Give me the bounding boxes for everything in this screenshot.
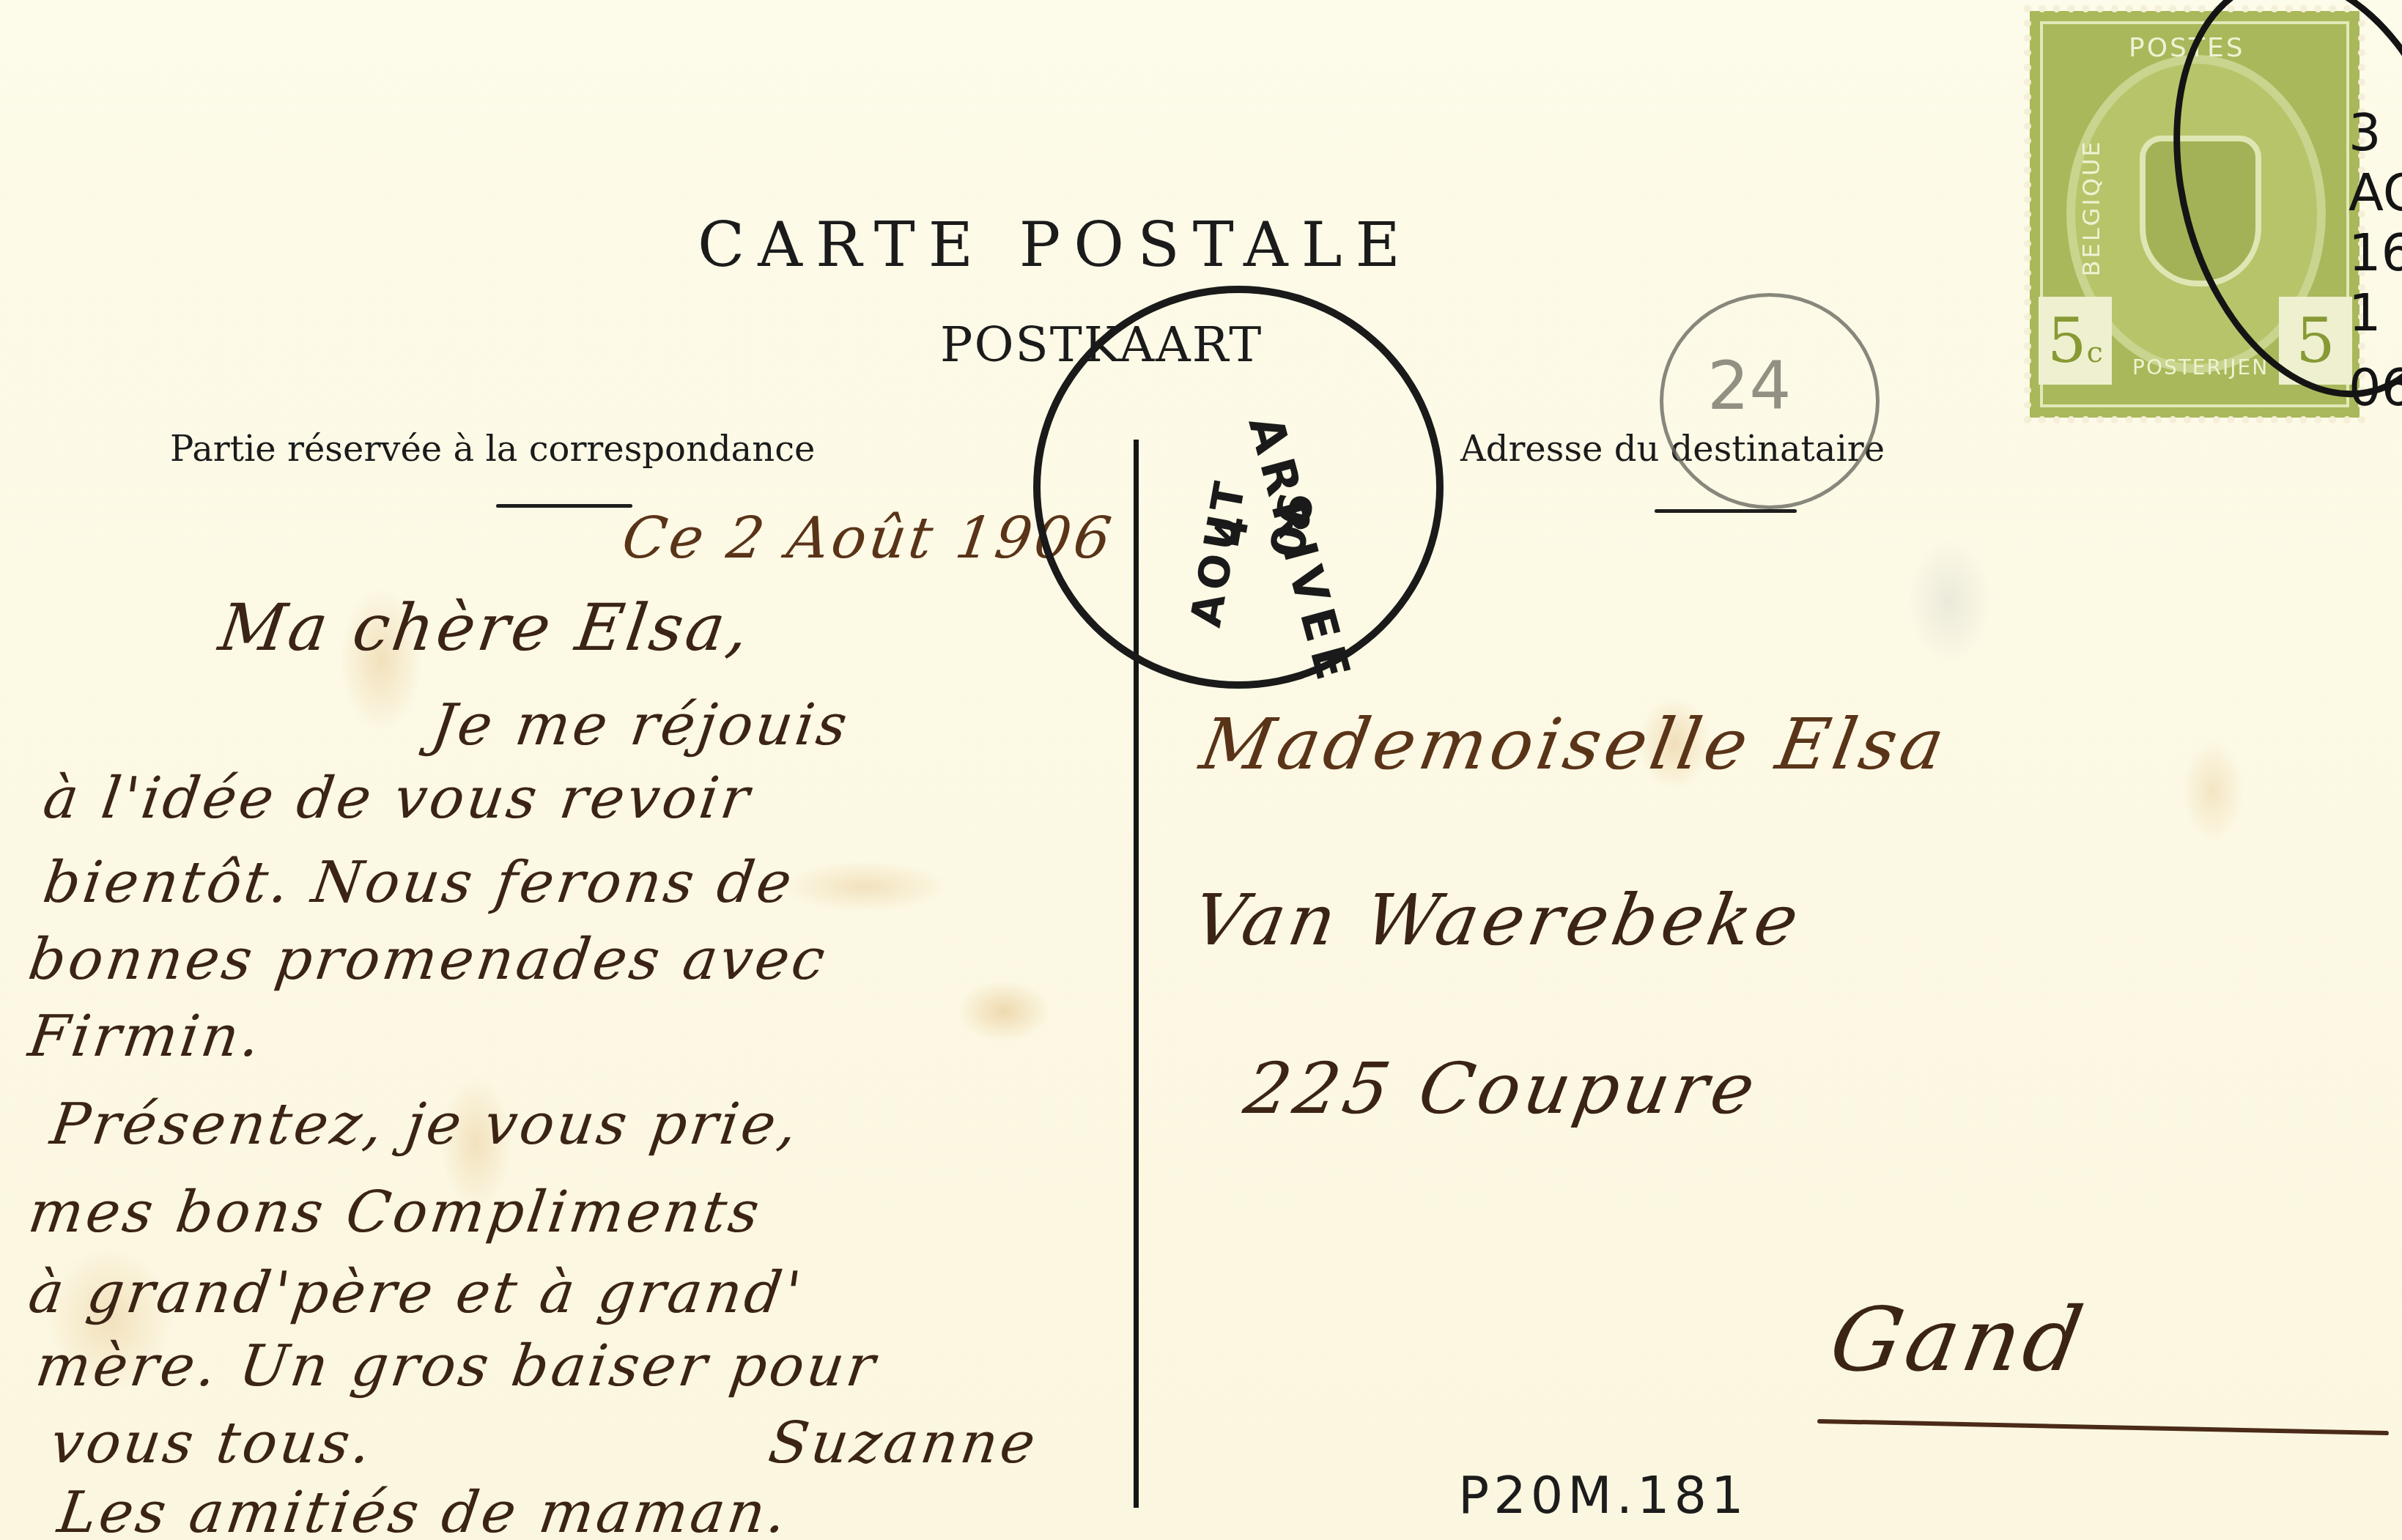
address-line-surname: Van Waerebeke xyxy=(1187,879,1808,961)
message-line: Présentez, je vous prie, xyxy=(47,1092,805,1158)
postcard-back: CARTE POSTALE POSTKAART Partie réservée … xyxy=(0,0,2402,1540)
message-line: Ma chère Elsa, xyxy=(215,590,756,665)
arrival-postmark-year: 06 xyxy=(1260,489,1325,563)
address-line-city: Gand xyxy=(1823,1289,2094,1391)
address-underline xyxy=(1817,1419,2389,1435)
stamp-value-left: 5c xyxy=(2039,297,2112,385)
message-line: mère. Un gros baiser pour xyxy=(32,1333,882,1399)
message-line: vous tous. xyxy=(47,1410,378,1476)
address-line-name: Mademoiselle Elsa xyxy=(1194,703,1954,785)
address-line-street: 225 Coupure xyxy=(1238,1048,1765,1130)
message-line: Je me réjouis xyxy=(428,692,854,758)
address-rule xyxy=(1655,509,1797,513)
message-line: à l'idée de vous revoir xyxy=(40,766,756,832)
message-line: Firmin. xyxy=(25,1004,267,1070)
correspondence-rule xyxy=(496,504,632,508)
correspondence-label: Partie réservée à la correspondance xyxy=(170,429,815,470)
circular-mark-number: 24 xyxy=(1707,348,1792,425)
message-line: mes bons Compliments xyxy=(25,1180,766,1245)
message-signature: Suzanne xyxy=(765,1410,1043,1476)
stamp-country: BELGIQUE xyxy=(2077,139,2105,276)
message-line: bonnes promenades avec xyxy=(25,927,832,993)
archive-number: P20M.181 xyxy=(1458,1465,1748,1525)
message-line: bientôt. Nous ferons de xyxy=(40,850,799,916)
message-line: à grand'père et à grand' xyxy=(25,1260,808,1326)
departure-postmark-text: 3 AOU 16-1 06 xyxy=(2349,103,2402,418)
card-title: CARTE POSTALE xyxy=(698,209,1414,281)
stamp-bottom-text: POSTERIJEN xyxy=(2132,355,2269,380)
message-line: Les amitiés de maman. xyxy=(54,1480,794,1540)
